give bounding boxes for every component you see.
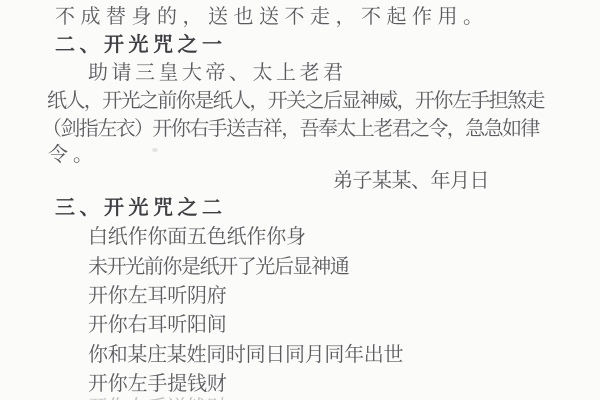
scan-smudge <box>152 148 158 152</box>
verse-line: 你和某庄某姓同时同日同月同年出世 <box>88 343 403 367</box>
text-line: 纸人，开光之前你是纸人，开关之后显神威，开你左手担煞走 <box>47 89 544 113</box>
signature-line: 弟子某某、年月日 <box>333 169 489 193</box>
text-line: 令。 <box>48 143 98 167</box>
text-line: 助请三皇大帝、太上老君 <box>88 61 347 85</box>
section-heading-2: 二、开光咒之一 <box>55 33 227 57</box>
verse-line: 开你左手提钱财 <box>88 372 227 396</box>
section-heading-3: 三、开光咒之二 <box>55 196 227 220</box>
verse-line: 开你右耳听阳间 <box>88 313 227 337</box>
verse-line: 白纸作你面五色纸作你身 <box>88 225 306 249</box>
text-line: 不成替身的，送也送不走，不起作用。 <box>55 5 489 29</box>
document-page: 不成替身的，送也送不走，不起作用。 二、开光咒之一 助请三皇大帝、太上老君 纸人… <box>0 0 600 400</box>
verse-line: 开你左耳听阴府 <box>88 284 227 308</box>
text-line: （剑指左衣）开你右手送吉祥，吾奉太上老君之令，急急如律 <box>42 117 539 141</box>
partial-cutoff-line: 开你右手送钱财 <box>88 396 227 400</box>
verse-line: 未开光前你是纸开了光后显神通 <box>88 255 348 279</box>
